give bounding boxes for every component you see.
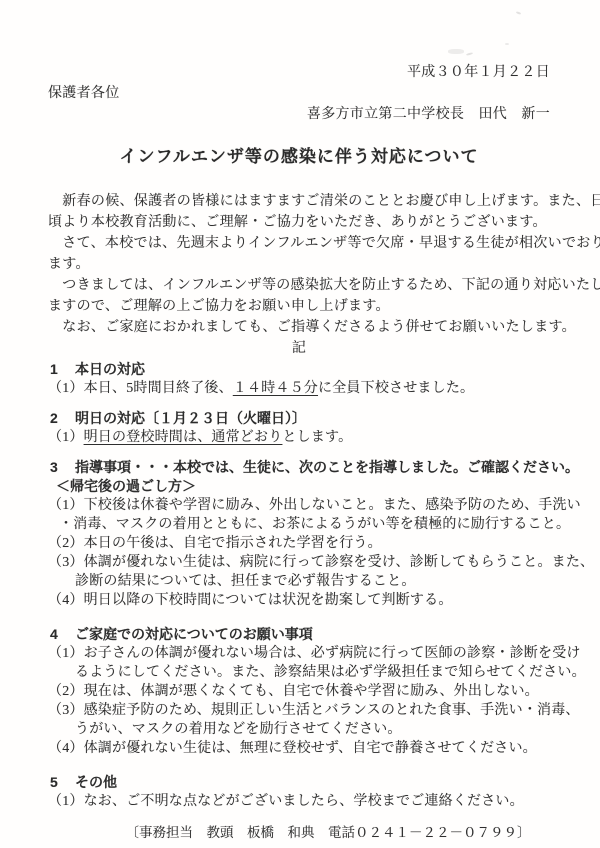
- greeting-line: 新春の候、保護者の皆様にはますますご清栄のこととお慶び申し上げます。また、日: [48, 191, 550, 212]
- section-number: 5: [48, 772, 75, 792]
- section-number: 3: [48, 457, 75, 477]
- document-title: インフルエンザ等の感染に伴う対応について: [48, 145, 550, 169]
- section-4-heading: 4 ご家庭での対応についてのお願い事項: [48, 624, 550, 644]
- section-2-item-1: （1）明日の登校時間は、通常どおりとします。: [48, 428, 550, 447]
- scan-speckle: [516, 11, 521, 15]
- section-3-item-2: （2）本日の午後は、自宅で指示された学習を行う。: [48, 534, 550, 553]
- scan-speckle: [448, 49, 464, 54]
- section-3-item-3-line-1: （3）体調が優れない生徒は、病院に行って診察を受け、診断してもらうこと。また、: [48, 553, 550, 572]
- section-number: 4: [48, 624, 75, 644]
- section-5-heading: 5 その他: [48, 772, 550, 792]
- section-3-item-4: （4）明日以降の下校時間については状況を勘案して判断する。: [48, 591, 550, 610]
- greeting-line: なお、ご家庭におかれましても、ご指導くださるよう併せてお願いいたします。: [48, 317, 550, 338]
- section-5-item-1: （1）なお、ご不明な点などがございましたら、学校までご連絡ください。: [48, 792, 550, 811]
- section-3-heading: 3 指導事項・・・本校では、生徒に、次のことを指導しました。ご確認ください。: [48, 457, 550, 477]
- section-title: 指導事項・・・本校では、生徒に、次のことを指導しました。ご確認ください。: [75, 457, 579, 477]
- greeting-paragraphs: 新春の候、保護者の皆様にはますますご清栄のこととお慶び申し上げます。また、日 頃…: [48, 191, 550, 338]
- footer-contact: 〔事務担当 教頭 板橋 和典 電話０２４１－２２－０７９９〕: [48, 823, 550, 843]
- scanned-letter-page: 平成３０年１月２２日 保護者各位 喜多方市立第二中学校長 田代 新一 インフルエ…: [0, 0, 600, 848]
- section-title: ご家庭での対応についてのお願い事項: [75, 624, 313, 644]
- greeting-line: 頃より本校教育活動に、ご理解・ご協力をいただき、ありがとうございます。: [48, 212, 550, 233]
- section-title: 本日の対応: [75, 359, 145, 379]
- section-3-subtitle: ＜帰宅後の過ごし方＞: [48, 477, 550, 496]
- record-marker: 記: [48, 338, 550, 359]
- section-4-item-2: （2）現在は、体調が悪くなくても、自宅で休養や学習に励み、外出しない。: [48, 682, 550, 701]
- document-date: 平成３０年１月２２日: [48, 62, 550, 83]
- greeting-line: つきましては、インフルエンザ等の感染拡大を防止するため、下記の通り対応いたし: [48, 275, 550, 296]
- item-text: とします。: [282, 430, 352, 445]
- section-1-item-1: （1）本日、5時間目終了後、１４時４５分に全員下校させました。: [48, 379, 550, 398]
- scan-speckle: [466, 52, 473, 56]
- section-3-item-1-line-1: （1）下校後は休養や学習に励み、外出しないこと。また、感染予防のため、手洗い: [48, 496, 550, 515]
- section-4-item-1-line-2: るようにしてください。また、診察結果は必ず学級担任まで知らせてください。: [48, 663, 550, 682]
- section-title: その他: [75, 772, 117, 792]
- underlined-text: 明日の登校時間は、通常どおり: [84, 430, 283, 445]
- section-1-heading: 1 本日の対応: [48, 359, 550, 379]
- section-4-item-1-line-1: （1）お子さんの体調が優れない場合は、必ず病院に行って医師の診察・診断を受け: [48, 644, 550, 663]
- section-3-item-3-line-2: 診断の結果については、担任まで必ず報告すること。: [48, 572, 550, 591]
- section-3-item-1-line-2: ・消毒、マスクの着用とともに、お茶によるうがい等を積極的に励行すること。: [48, 515, 550, 534]
- recipient: 保護者各位: [48, 83, 550, 104]
- section-4-item-4: （4）体調が優れない生徒は、無理に登校せず、自宅で静養させてください。: [48, 739, 550, 758]
- scan-speckle: [505, 43, 509, 45]
- item-text: に全員下校させました。: [318, 381, 474, 396]
- section-4-item-3-line-1: （3）感染症予防のため、規則正しい生活とバランスのとれた食事、手洗い・消毒、: [48, 701, 550, 720]
- greeting-line: ます。: [48, 254, 550, 275]
- sender: 喜多方市立第二中学校長 田代 新一: [48, 104, 550, 125]
- underlined-text: １４時４５分: [233, 381, 318, 396]
- greeting-line: さて、本校では、先週末よりインフルエンザ等で欠席・早退する生徒が相次いでおり: [48, 233, 550, 254]
- greeting-line: ますので、ご理解の上ご協力をお願い申し上げます。: [48, 296, 550, 317]
- section-number: 2: [48, 408, 75, 428]
- section-title: 明日の対応〔１月２３日（火曜日）〕: [75, 408, 306, 428]
- section-number: 1: [48, 359, 75, 379]
- section-2-heading: 2 明日の対応〔１月２３日（火曜日）〕: [48, 408, 550, 428]
- section-4-item-3-line-2: うがい、マスクの着用などを励行させてください。: [48, 720, 550, 739]
- item-text: （1）本日、5時間目終了後、: [48, 381, 233, 396]
- item-text: （1）: [48, 430, 84, 445]
